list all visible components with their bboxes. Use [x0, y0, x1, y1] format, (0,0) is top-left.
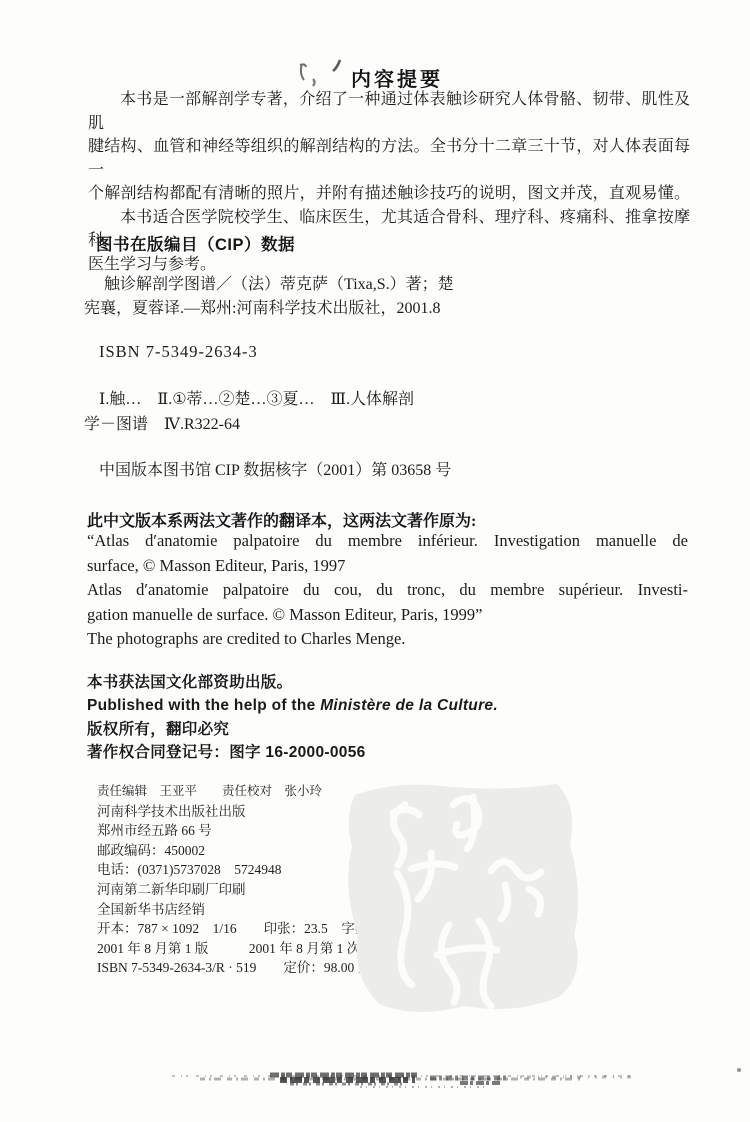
- published-note: Published with the help of the Ministère…: [87, 694, 647, 717]
- cip-classification-line: 学－图谱 Ⅳ.R322-64: [84, 411, 240, 434]
- scan-artifact-dot: [737, 1068, 741, 1072]
- french-title-line: “Atlas d′anatomie palpatoire du membre i…: [87, 529, 688, 554]
- french-title-line: surface, © Masson Editeur, Paris, 1997: [87, 554, 688, 579]
- copyright-notice: 版权所有，翻印必究: [87, 718, 647, 741]
- rights-block: 本书获法国文化部资助出版。 Published with the help of…: [87, 671, 647, 765]
- published-note-prefix: Published with the help of the: [87, 697, 320, 714]
- original-french-titles: “Atlas d′anatomie palpatoire du membre i…: [87, 529, 688, 652]
- french-title-line: gation manuelle de surface. © Masson Edi…: [87, 603, 688, 628]
- intro-line: 个解剖结构都配有清晰的照片，并附有描述触诊技巧的说明，图文并茂，直观易懂。: [88, 182, 690, 206]
- intro-line: 腱结构、血管和神经等组织的解剖结构的方法。全书分十二章三十节，对人体表面每一: [88, 135, 690, 182]
- published-note-italic: Ministère de la Culture.: [320, 697, 498, 714]
- cip-isbn: ISBN 7-5349-2634-3: [99, 342, 258, 362]
- book-copyright-page: 内容提要 本书是一部解剖学专著，介绍了一种通过体表触诊研究人体骨骼、韧带、肌性及…: [0, 0, 750, 1122]
- publisher-seal-watermark: [333, 777, 595, 1017]
- funding-note: 本书获法国文化部资助出版。: [87, 671, 647, 694]
- photo-credit-line: The photographs are credited to Charles …: [87, 627, 688, 652]
- registration-number: 著作权合同登记号：图字 16-2000-0056: [87, 741, 647, 764]
- cip-entry-line: 宪襄，夏蓉译.—郑州:河南科学技术出版社，2001.8: [84, 295, 440, 318]
- cip-record-number: 中国版本图书馆 CIP 数据核字（2001）第 03658 号: [99, 457, 451, 480]
- cip-entry-line: 触诊解剖学图谱／（法）蒂克萨（Tixa,S.）著；楚: [104, 271, 454, 294]
- intro-line: 本书是一部解剖学专著，介绍了一种通过体表触诊研究人体骨骼、韧带、肌性及肌: [88, 88, 690, 135]
- cip-classification-line: Ⅰ.触… Ⅱ.①蒂…②楚…③夏… Ⅲ.人体解剖: [99, 386, 414, 409]
- french-title-line: Atlas d′anatomie palpatoire du cou, du t…: [87, 578, 688, 603]
- cip-heading: 图书在版编目（CIP）数据: [96, 231, 295, 255]
- scan-artifact-streak: [160, 1064, 650, 1094]
- translation-note: 此中文版本系两法文著作的翻译本，这两法文著作原为:: [87, 508, 476, 531]
